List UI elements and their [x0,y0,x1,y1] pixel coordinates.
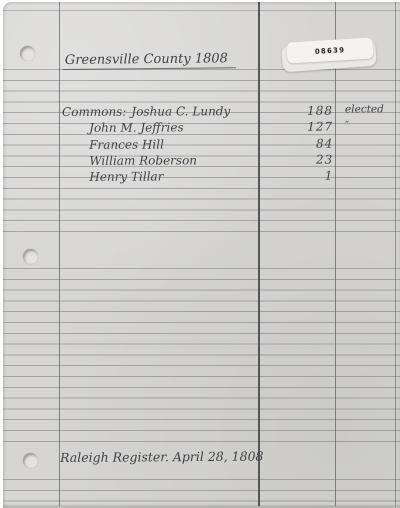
result-row: William Roberson 23 [62,152,396,170]
vote-count: 127 [259,120,333,135]
ledger-paper: 08639 Greensville County 1808 Commons:Jo… [3,2,400,508]
catalog-number: 08639 [315,46,346,56]
source-citation: Raleigh Register. April 28, 1808 [60,449,264,465]
vote-count: 1 [259,169,333,184]
punch-hole-bottom [23,453,38,468]
result-row: Henry Tillar 1 [62,168,396,186]
vote-count: 84 [259,136,333,151]
vote-count: 23 [259,152,333,167]
ruled-line-top [3,10,400,11]
ruled-lines-lower [3,479,400,505]
vote-count: 188 [259,104,333,119]
scanned-page: 08639 Greensville County 1808 Commons:Jo… [0,0,400,508]
candidate-name: Joshua C. Lundy [131,104,230,119]
left-margin-line [59,2,60,506]
candidate-name: William Roberson [62,153,197,169]
office-label: Commons: [62,105,126,119]
right-column-line [395,2,396,506]
candidate-name: John M. Jeffries [62,121,184,137]
punch-hole-top [20,46,35,61]
ditto-mark: ″ [345,119,400,134]
center-divider-line [258,2,260,506]
page-title: Greensville County 1808 [63,51,236,70]
punch-hole-middle [23,249,38,264]
candidate-name: Frances Hill [62,137,164,153]
ruled-lines-middle [3,268,400,451]
votes-column-line [335,2,336,506]
result-row: John M. Jeffries 127 ″ [62,120,396,138]
election-results-list: Commons:Joshua C. Lundy 188 elected John… [62,103,396,186]
candidate-name: Henry Tillar [62,170,163,186]
result-row: Frances Hill 84 [62,136,396,154]
result-note: elected [345,102,400,117]
